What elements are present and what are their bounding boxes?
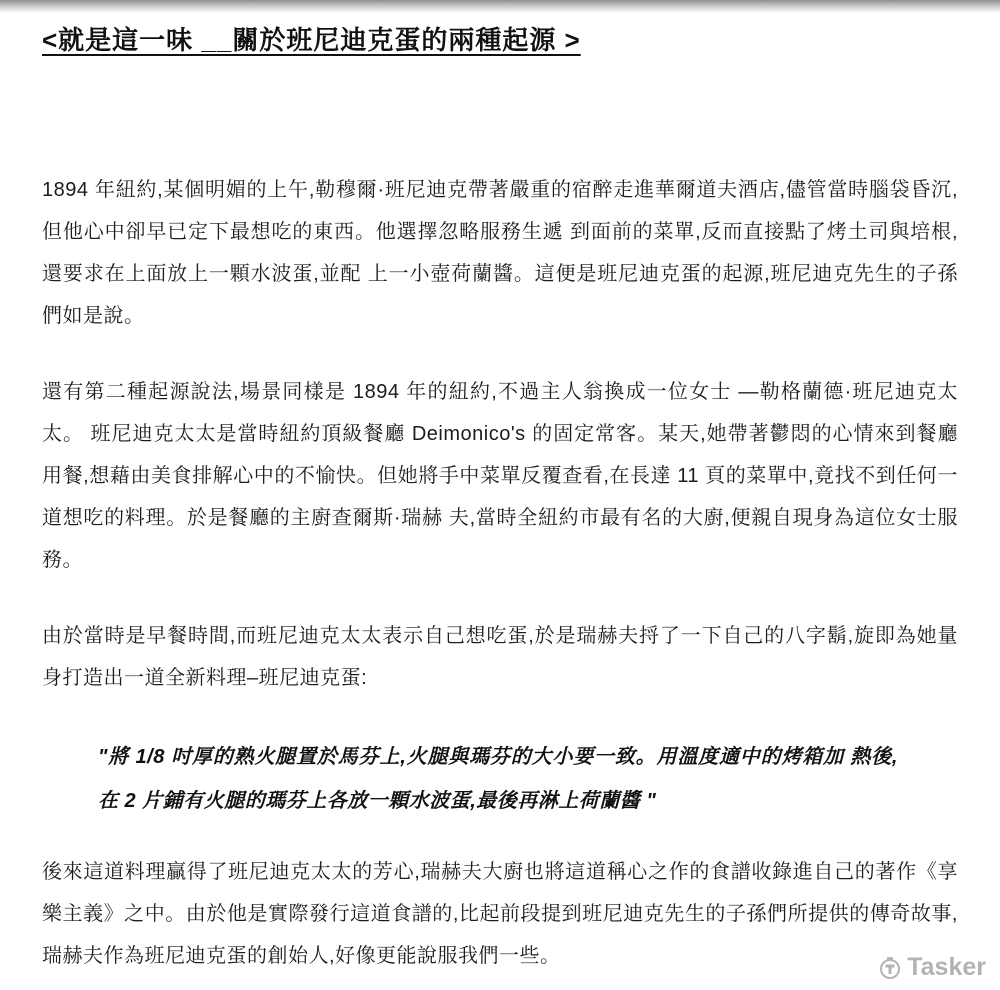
tasker-logo-icon — [877, 955, 903, 981]
scan-edge-shadow — [0, 0, 1000, 13]
document-body: <就是這一味 __關於班尼迪克蛋的兩種起源 > 1894 年紐約,某個明媚的上午… — [0, 20, 1000, 977]
paragraph-breakfast-intro: 由於當時是早餐時間,而班尼迪克太太表示自己想吃蛋,於是瑞赫夫捋了一下自己的八字鬍… — [42, 615, 958, 699]
paragraph-origin-story-2: 還有第二種起源說法,場景同樣是 1894 年的紐約,不過主人翁換成一位女士 —勒… — [42, 371, 958, 581]
document-title: <就是這一味 __關於班尼迪克蛋的兩種起源 > — [42, 20, 958, 57]
paragraph-closing: 後來這道料理贏得了班尼迪克太太的芳心,瑞赫夫大廚也將這道稱心之作的食譜收錄進自己… — [42, 851, 958, 977]
tasker-watermark-label: Tasker — [907, 953, 986, 982]
paragraph-origin-story-1: 1894 年紐約,某個明媚的上午,勒穆爾·班尼迪克帶著嚴重的宿醉走進華爾道夫酒店… — [42, 169, 958, 337]
recipe-quote: "將 1/8 吋厚的熟火腿置於馬芬上,火腿與瑪芬的大小要一致。用溫度適中的烤箱加… — [98, 735, 898, 823]
document-page: <就是這一味 __關於班尼迪克蛋的兩種起源 > 1894 年紐約,某個明媚的上午… — [0, 0, 1000, 990]
tasker-watermark: Tasker — [877, 953, 986, 982]
